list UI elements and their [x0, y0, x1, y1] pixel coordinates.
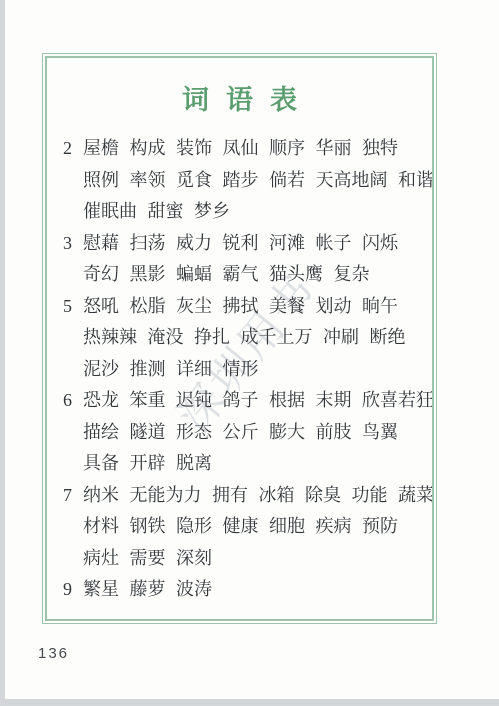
- wordlist-entry-lesson3: 3 慰藉 扫荡 威力 锐利 河滩 帐子 闪烁 奇幻 黑影 蝙蝠 霸气 猫头鹰 复…: [47, 228, 432, 291]
- page-title: 词语表: [47, 83, 432, 117]
- word-line: 慰藉 扫荡 威力 锐利 河滩 帐子 闪烁: [83, 228, 432, 260]
- lesson-number: 5: [63, 291, 72, 323]
- lesson-number: 3: [63, 228, 72, 260]
- word-line: 材料 钢铁 隐形 健康 细胞 疾病 预防: [83, 511, 432, 543]
- word-line: 怒吼 松脂 灰尘 拂拭 美餐 划动 晌午: [83, 291, 432, 323]
- word-line: 照例 率领 觅食 踏步 倘若 天高地阔 和谐: [83, 165, 432, 197]
- wordlist-entry-lesson6: 6 恐龙 笨重 迟钝 鸽子 根据 末期 欣喜若狂 描绘 隧道 形态 公斤 膨大 …: [47, 385, 432, 480]
- wordlist-entry-lesson5: 5 怒吼 松脂 灰尘 拂拭 美餐 划动 晌午 热辣辣 淹没 挣扎 成千上万 冲刷…: [47, 291, 432, 386]
- word-line: 描绘 隧道 形态 公斤 膨大 前肢 鸟翼: [83, 417, 432, 449]
- scan-edge-bottom: [0, 699, 499, 706]
- lesson-number: 2: [63, 133, 72, 165]
- word-line: 繁星 藤萝 波涛: [83, 574, 432, 606]
- scan-edge-left: [0, 0, 5, 706]
- word-line: 病灶 需要 深刻: [83, 543, 432, 575]
- word-line: 纳米 无能为力 拥有 冰箱 除臭 功能 蔬菜: [83, 480, 432, 512]
- decorative-frame-inner: 词语表 2 屋檐 构成 装饰 凤仙 顺序 华丽 独特 照例 率领 觅食 踏步 倘…: [45, 56, 434, 621]
- lesson-number: 6: [63, 385, 72, 417]
- wordlist-entry-lesson2: 2 屋檐 构成 装饰 凤仙 顺序 华丽 独特 照例 率领 觅食 踏步 倘若 天高…: [47, 133, 432, 228]
- lesson-number: 9: [63, 574, 72, 606]
- lesson-number: 7: [63, 480, 72, 512]
- word-line: 具备 开辟 脱离: [83, 448, 432, 480]
- word-line: 奇幻 黑影 蝙蝠 霸气 猫头鹰 复杂: [83, 259, 432, 291]
- word-list: 2 屋檐 构成 装饰 凤仙 顺序 华丽 独特 照例 率领 觅食 踏步 倘若 天高…: [47, 133, 432, 606]
- word-line: 恐龙 笨重 迟钝 鸽子 根据 末期 欣喜若狂: [83, 385, 432, 417]
- word-line: 热辣辣 淹没 挣扎 成千上万 冲刷 断绝: [83, 322, 432, 354]
- word-line: 催眠曲 甜蜜 梦乡: [83, 196, 432, 228]
- word-line: 泥沙 推测 详细 情形: [83, 354, 432, 386]
- wordlist-entry-lesson9: 9 繁星 藤萝 波涛: [47, 574, 432, 606]
- word-line: 屋檐 构成 装饰 凤仙 顺序 华丽 独特: [83, 133, 432, 165]
- wordlist-entry-lesson7: 7 纳米 无能为力 拥有 冰箱 除臭 功能 蔬菜 材料 钢铁 隐形 健康 细胞 …: [47, 480, 432, 575]
- page-number: 136: [38, 645, 69, 662]
- decorative-frame: 词语表 2 屋檐 构成 装饰 凤仙 顺序 华丽 独特 照例 率领 觅食 踏步 倘…: [42, 53, 437, 624]
